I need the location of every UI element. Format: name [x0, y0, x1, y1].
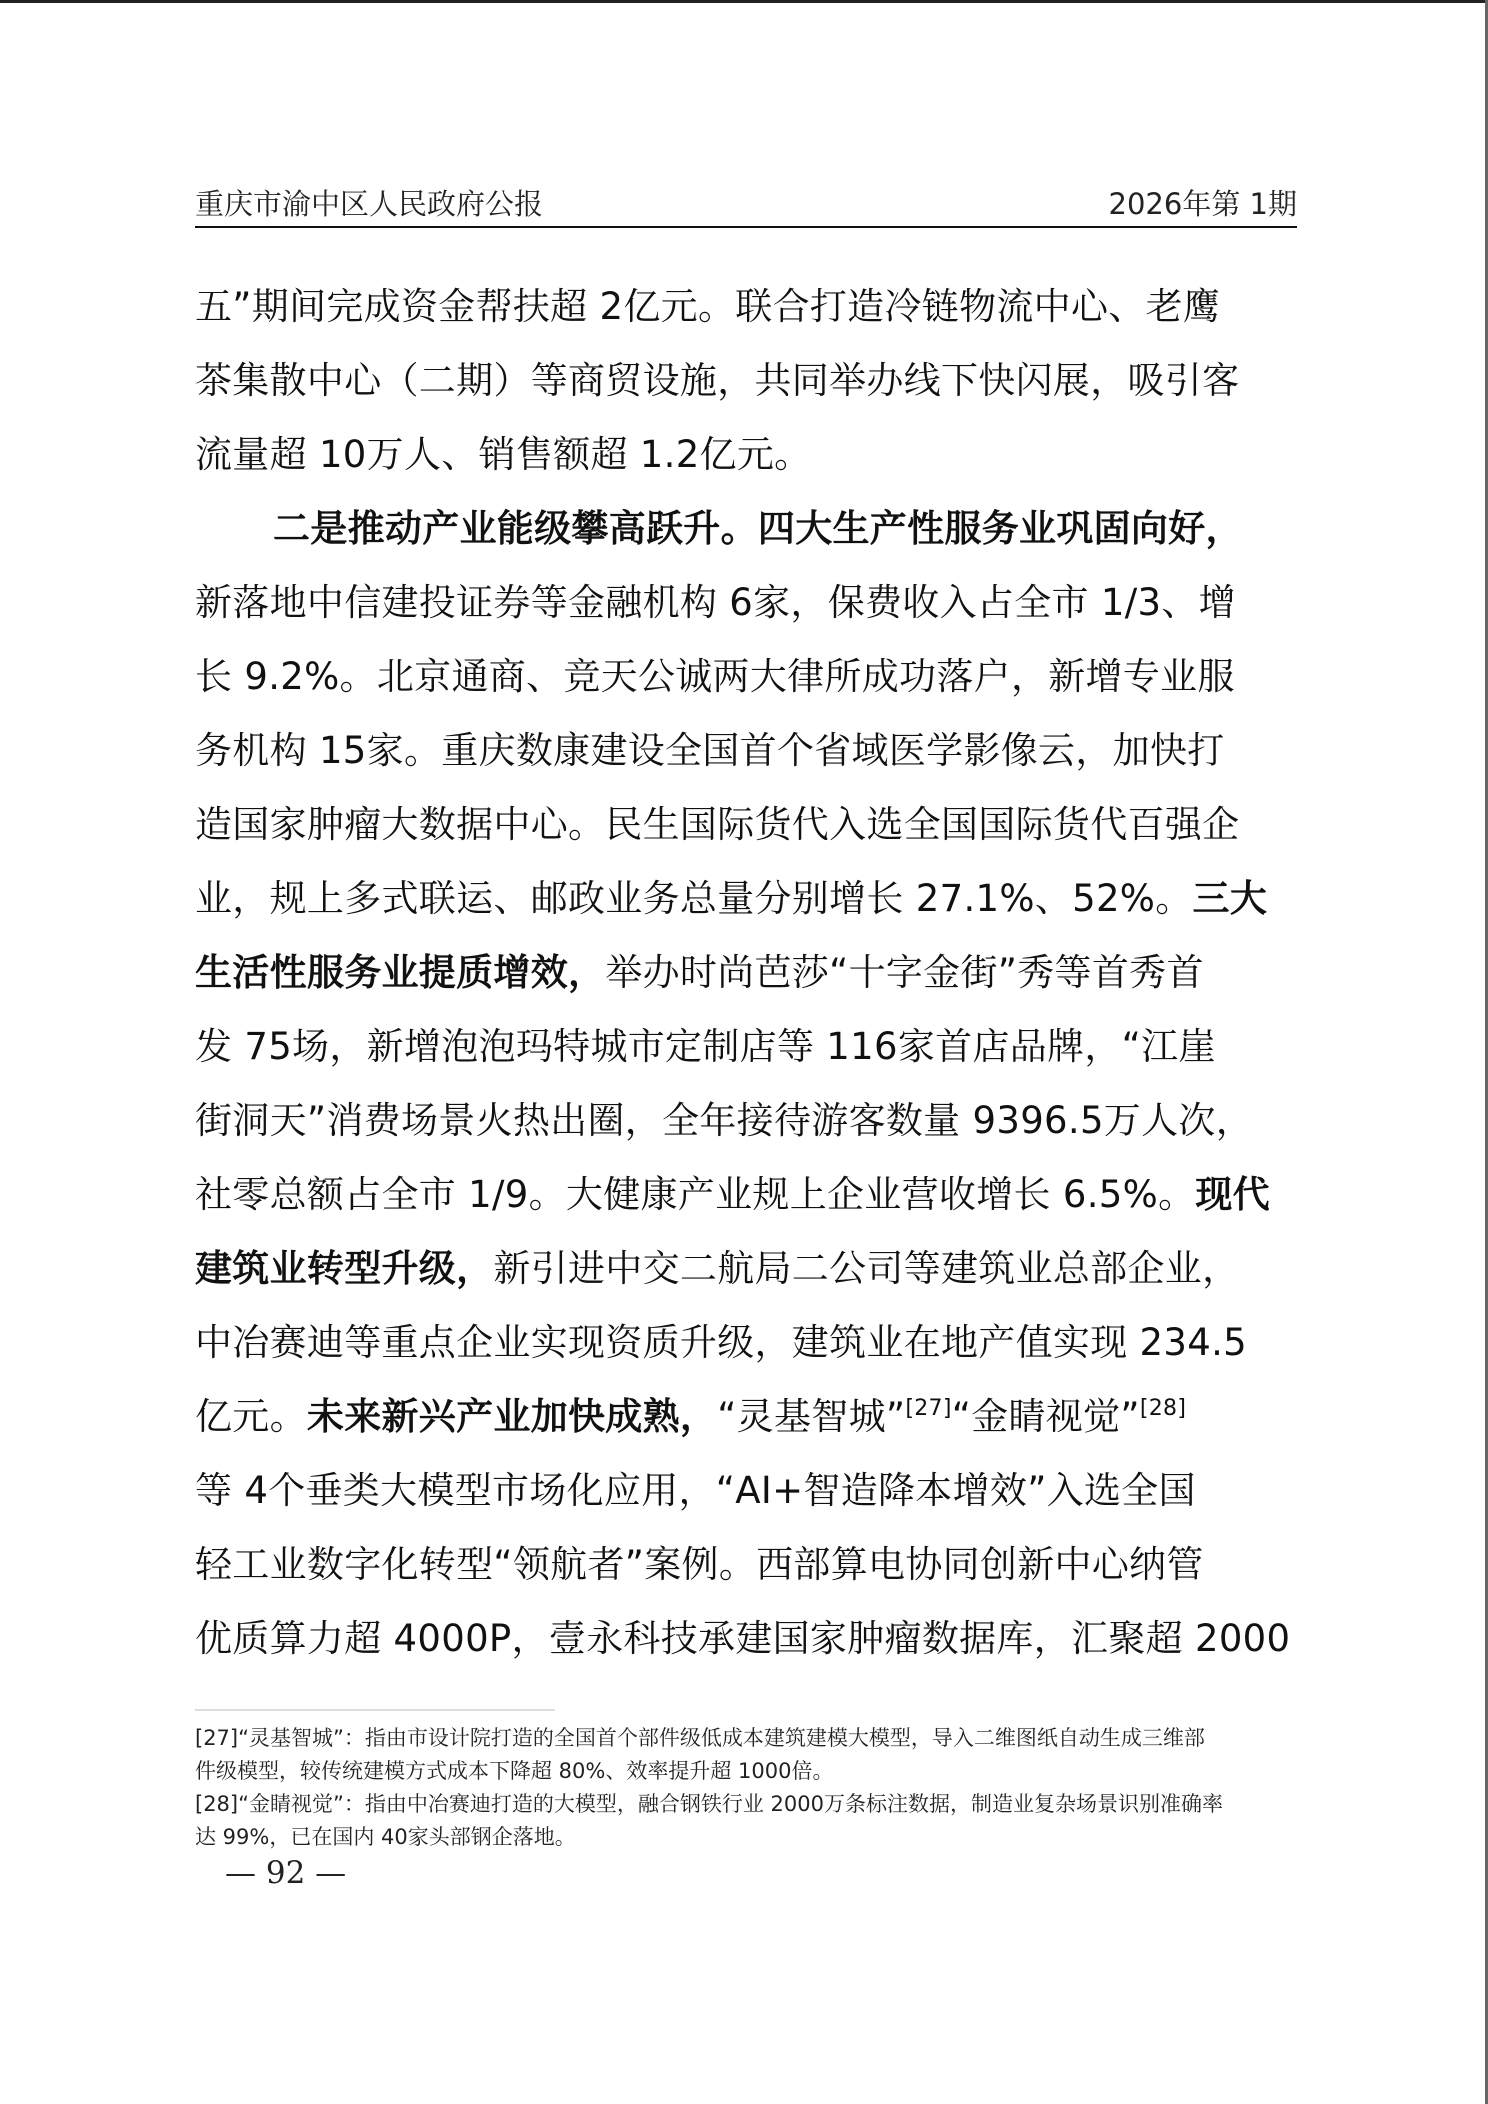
text-line: 建筑业转型升级，新引进中交二航局二公司等建筑业总部企业，	[195, 1232, 1301, 1306]
text-line: 新落地中信建投证券等金融机构 6家，保费收入占全市 1/3、增	[195, 566, 1301, 640]
text-segment: 务机构 15家。重庆数康建设全国首个省域医学影像云，加快打	[195, 729, 1225, 772]
text-segment: “灵基智城”	[717, 1395, 905, 1438]
text-line: 茶集散中心（二期）等商贸设施，共同举办线下快闪展，吸引客	[195, 344, 1301, 418]
text-segment: 亿元。	[195, 1395, 307, 1438]
text-segment: “金睛视觉”	[952, 1395, 1140, 1438]
text-segment: 造国家肿瘤大数据中心。民生国际货代入选全国国际货代百强企	[195, 803, 1239, 846]
text-segment: 等 4个垂类大模型市场化应用，“AI+智造降本增效”入选全国	[195, 1469, 1196, 1512]
bold-text: 三大	[1193, 877, 1268, 920]
text-segment: 轻工业数字化转型“领航者”案例。西部算电协同创新中心纳管	[195, 1543, 1204, 1586]
text-line: 轻工业数字化转型“领航者”案例。西部算电协同创新中心纳管	[195, 1528, 1301, 1602]
footnote-separator	[195, 1709, 555, 1711]
footnote-ref: [27]	[905, 1396, 951, 1421]
footnote-ref: [28]	[1140, 1396, 1186, 1421]
footnote-line: [27]“灵基智城”：指由市设计院打造的全国首个部件级低成本建筑建模大模型，导入…	[195, 1722, 1305, 1755]
text-segment: 业，规上多式联运、邮政业务总量分别增长 27.1%、52%。	[195, 877, 1193, 920]
footnote-line: [28]“金睛视觉”：指由中冶赛迪打造的大模型，融合钢铁行业 2000万条标注数…	[195, 1788, 1305, 1821]
footnote-line: 件级模型，较传统建模方式成本下降超 80%、效率提升超 1000倍。	[195, 1755, 1305, 1788]
text-line: 业，规上多式联运、邮政业务总量分别增长 27.1%、52%。三大	[195, 862, 1301, 936]
footnotes: [27]“灵基智城”：指由市设计院打造的全国首个部件级低成本建筑建模大模型，导入…	[195, 1722, 1305, 1854]
bold-text: 生活性服务业提质增效，	[195, 951, 605, 994]
footnote-line: 达 99%，已在国内 40家头部钢企落地。	[195, 1821, 1305, 1854]
text-line: 务机构 15家。重庆数康建设全国首个省域医学影像云，加快打	[195, 714, 1301, 788]
text-segment: 举办时尚芭莎“十字金街”秀等首秀首	[605, 951, 1203, 994]
text-line: 街洞天”消费场景火热出圈，全年接待游客数量 9396.5万人次，	[195, 1084, 1301, 1158]
text-segment: 五”期间完成资金帮扶超 2亿元。联合打造冷链物流中心、老鹰	[195, 285, 1220, 328]
bold-text: 现代	[1195, 1173, 1270, 1216]
text-line: 二是推动产业能级攀高跃升。四大生产性服务业巩固向好，	[195, 492, 1301, 566]
issue-number: 2026年第 1期	[1109, 182, 1297, 223]
page-number: — 92 —	[225, 1855, 346, 1891]
text-segment: 社零总额占全市 1/9。大健康产业规上企业营收增长 6.5%。	[195, 1173, 1195, 1216]
text-line: 社零总额占全市 1/9。大健康产业规上企业营收增长 6.5%。现代	[195, 1158, 1301, 1232]
text-line: 五”期间完成资金帮扶超 2亿元。联合打造冷链物流中心、老鹰	[195, 270, 1301, 344]
text-segment: 新落地中信建投证券等金融机构 6家，保费收入占全市 1/3、增	[195, 581, 1236, 624]
text-line: 发 75场，新增泡泡玛特城市定制店等 116家首店品牌，“江崖	[195, 1010, 1301, 1084]
publication-title: 重庆市渝中区人民政府公报	[195, 182, 543, 223]
text-segment: 优质算力超 4000P，壹永科技承建国家肿瘤数据库，汇聚超 2000	[195, 1617, 1290, 1660]
bold-text: 建筑业转型升级，	[195, 1247, 493, 1290]
text-segment: 长 9.2%。北京通商、竞天公诚两大律所成功落户，新增专业服	[195, 655, 1235, 698]
bold-text: 未来新兴产业加快成熟，	[307, 1395, 717, 1438]
text-line: 亿元。未来新兴产业加快成熟，“灵基智城”[27]“金睛视觉”[28]	[195, 1380, 1301, 1454]
text-segment: 中冶赛迪等重点企业实现资质升级，建筑业在地产值实现 234.5	[195, 1321, 1247, 1364]
bold-text: 二是推动产业能级攀高跃升。四大生产性服务业巩固向好，	[273, 507, 1243, 550]
text-line: 流量超 10万人、销售额超 1.2亿元。	[195, 418, 1301, 492]
running-header: 重庆市渝中区人民政府公报 2026年第 1期	[195, 178, 1297, 228]
text-line: 优质算力超 4000P，壹永科技承建国家肿瘤数据库，汇聚超 2000	[195, 1602, 1301, 1676]
text-line: 中冶赛迪等重点企业实现资质升级，建筑业在地产值实现 234.5	[195, 1306, 1301, 1380]
text-line: 造国家肿瘤大数据中心。民生国际货代入选全国国际货代百强企	[195, 788, 1301, 862]
page-top-border	[0, 0, 1488, 3]
text-line: 长 9.2%。北京通商、竞天公诚两大律所成功落户，新增专业服	[195, 640, 1301, 714]
text-segment: 茶集散中心（二期）等商贸设施，共同举办线下快闪展，吸引客	[195, 359, 1239, 402]
body-text: 五”期间完成资金帮扶超 2亿元。联合打造冷链物流中心、老鹰茶集散中心（二期）等商…	[195, 270, 1301, 1676]
text-segment: 街洞天”消费场景火热出圈，全年接待游客数量 9396.5万人次，	[195, 1099, 1253, 1142]
text-segment: 流量超 10万人、销售额超 1.2亿元。	[195, 433, 811, 476]
text-line: 等 4个垂类大模型市场化应用，“AI+智造降本增效”入选全国	[195, 1454, 1301, 1528]
text-segment: 新引进中交二航局二公司等建筑业总部企业，	[493, 1247, 1239, 1290]
text-segment: 发 75场，新增泡泡玛特城市定制店等 116家首店品牌，“江崖	[195, 1025, 1216, 1068]
text-line: 生活性服务业提质增效，举办时尚芭莎“十字金街”秀等首秀首	[195, 936, 1301, 1010]
